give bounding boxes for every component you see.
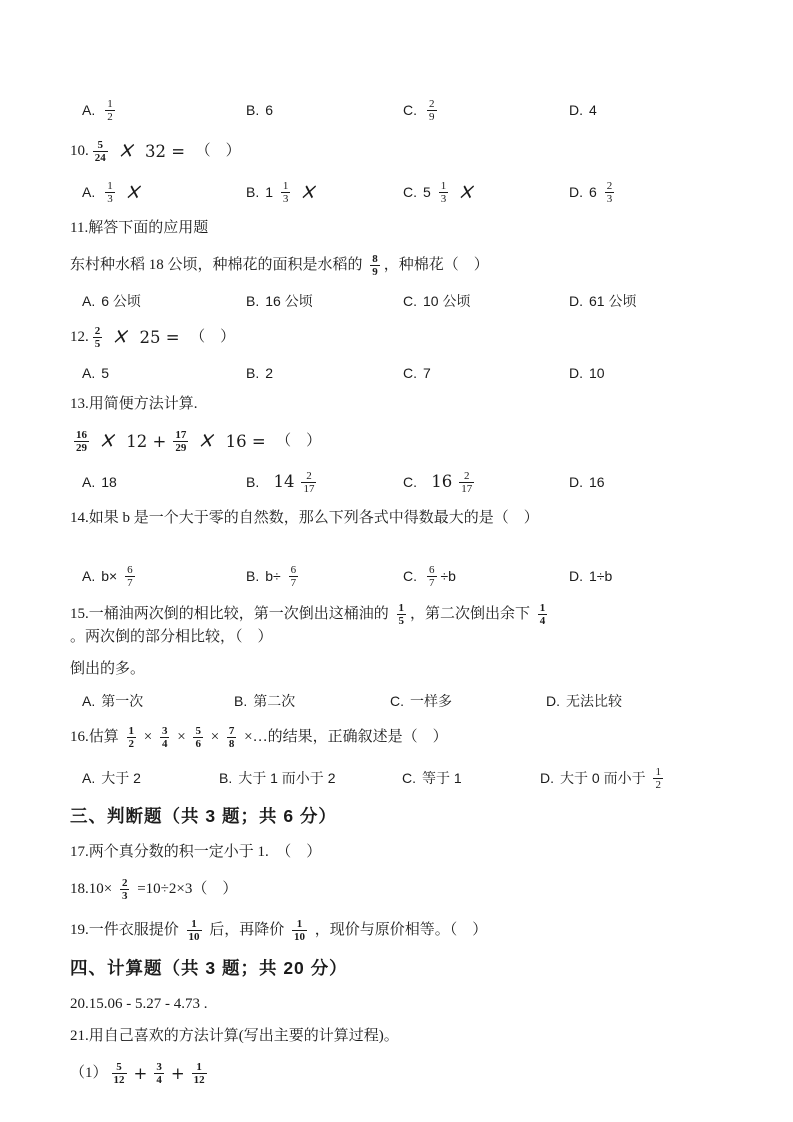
text-run: 2 [265, 363, 273, 383]
fraction: 112 [192, 1061, 207, 1086]
question-line: 19.一件衣服提价 110 后，再降价 110 ，现价与原价相等。（ ） [70, 915, 723, 945]
option-label: A. [82, 363, 95, 383]
question-line: 1629×12 +1729×16 = （ ） [70, 426, 723, 456]
fraction: 67 [125, 564, 135, 589]
option-item: A.6 公顷 [82, 291, 246, 311]
fraction-denominator: 6 [193, 737, 203, 750]
text-run: 14 [268, 472, 294, 492]
fraction: 217 [459, 470, 474, 495]
fraction-numerator: 5 [96, 139, 106, 151]
text-run: 倒出的多。 [70, 659, 145, 680]
text-run: （ ） [269, 431, 322, 452]
text-run: b× [101, 566, 121, 586]
fraction: 29 [427, 98, 437, 123]
fraction: 34 [160, 725, 170, 750]
option-item: A.13× [82, 180, 246, 205]
fraction: 14 [538, 602, 548, 627]
multiply-icon: × [115, 137, 139, 165]
text-run: 等于 1 [422, 768, 462, 788]
option-item: C.一样多 [390, 691, 546, 711]
option-item: C.67÷b [403, 564, 569, 589]
question-line: 12.25×25 = （ ） [70, 322, 723, 352]
fraction-denominator: 29 [173, 441, 188, 454]
text-run: 6 [265, 100, 273, 120]
options-row: A.18B. 14217C. 16217D.16 [70, 467, 723, 497]
option-label: C. [403, 566, 417, 586]
text-run: 16 [426, 472, 452, 492]
text-run: × [140, 727, 156, 748]
section-heading: 三、判断题（共 3 题；共 6 分） [70, 804, 723, 828]
option-label: D. [546, 691, 560, 711]
text-run: 18.10× [70, 879, 116, 900]
text-run: （ ） [183, 327, 236, 348]
fraction-numerator: 6 [427, 564, 437, 576]
option-item: D.1÷b [569, 566, 723, 586]
text-run: + [171, 1063, 185, 1084]
option-item: D.大于 0 而小于 12 [540, 766, 723, 791]
fraction-denominator: 2 [127, 737, 137, 750]
text-run: 4 [589, 100, 597, 120]
text-run: 12. [70, 327, 89, 348]
text-run: 6 公顷 [101, 291, 141, 311]
text-run: =10÷2×3（ ） [133, 879, 237, 900]
question-line: 20.15.06 - 5.27 - 4.73 . [70, 994, 723, 1015]
text-run: 7 [423, 363, 431, 383]
fraction-denominator: 8 [227, 737, 237, 750]
multiply-icon: × [96, 427, 120, 455]
option-item: A.大于 2 [82, 768, 219, 788]
fraction: 1729 [173, 429, 188, 454]
option-item: B.第二次 [234, 691, 390, 711]
options-row: A.12B.6C.29D.4 [70, 95, 723, 125]
fraction-numerator: 5 [114, 1061, 124, 1073]
option-label: A. [82, 291, 95, 311]
text-run: 16 公顷 [265, 291, 312, 311]
fraction-numerator: 2 [304, 470, 314, 482]
text-run: 10 [589, 363, 605, 383]
multiply-icon: × [196, 427, 220, 455]
fraction-denominator: 7 [125, 576, 135, 589]
fraction-denominator: 3 [120, 889, 130, 902]
option-label: D. [569, 472, 583, 492]
text-run: + [134, 1063, 148, 1084]
option-label: B. [234, 691, 247, 711]
option-item: B.2 [246, 363, 403, 383]
text-run: × [207, 727, 223, 748]
option-label: B. [246, 100, 259, 120]
option-label: B. [246, 291, 259, 311]
fraction-denominator: 3 [105, 192, 115, 205]
text-run: 15.一桶油两次倒的相比较，第一次倒出这桶油的 [70, 604, 393, 625]
blank-line [70, 540, 723, 550]
fraction-numerator: 1 [538, 602, 548, 614]
fraction: 110 [292, 918, 307, 943]
option-label: C. [403, 182, 417, 202]
option-item: D.10 [569, 363, 723, 383]
text-run: 5 [423, 182, 435, 202]
fraction-numerator: 1 [397, 602, 407, 614]
multiply-icon: × [456, 179, 479, 206]
option-label: B. [246, 472, 259, 492]
fraction-numerator: 2 [120, 877, 130, 889]
text-run: 后，再降价 [206, 920, 289, 941]
fraction: 110 [187, 918, 202, 943]
text-run: 14.如果 b 是一个大于零的自然数，那么下列各式中得数最大的是（ ） [70, 508, 539, 529]
options-row: A.第一次B.第二次C.一样多D.无法比较 [70, 691, 723, 711]
text-run: （ ） [188, 141, 241, 162]
fraction: 25 [93, 325, 103, 350]
fraction-numerator: 2 [605, 180, 615, 192]
option-label: A. [82, 472, 95, 492]
fraction: 34 [154, 1061, 164, 1086]
option-item: D.4 [569, 100, 723, 120]
text-run: 。两次倒的部分相比较，（ ） [70, 627, 273, 648]
options-row: A.5B.2C.7D.10 [70, 363, 723, 383]
fraction-numerator: 7 [227, 725, 237, 737]
fraction-numerator: 17 [173, 429, 188, 441]
fraction: 78 [227, 725, 237, 750]
text-run: 17.两个真分数的积一定小于 1. （ ） [70, 842, 321, 863]
option-item: D.61 公顷 [569, 291, 723, 311]
text-run: 11.解答下面的应用题 [70, 218, 208, 239]
option-label: A. [82, 566, 95, 586]
option-label: B. [246, 182, 259, 202]
section-heading: 四、计算题（共 3 题；共 20 分） [70, 956, 723, 980]
option-item: B.1 13× [246, 180, 403, 205]
fraction: 12 [127, 725, 137, 750]
multiply-icon: × [109, 323, 133, 351]
fraction-numerator: 1 [105, 98, 115, 110]
text-run: ×…的结果，正确叙述是（ ） [240, 727, 447, 748]
option-label: B. [219, 768, 232, 788]
fraction: 67 [289, 564, 299, 589]
fraction-numerator: 3 [160, 725, 170, 737]
document-page: A.12B.6C.29D.410.524×32 = （ ）A.13×B.1 13… [0, 0, 793, 1122]
fraction-numerator: 2 [427, 98, 437, 110]
text-run: 25 = [140, 327, 180, 348]
fraction: 13 [105, 180, 115, 205]
fraction-numerator: 2 [93, 325, 103, 337]
option-item: A.18 [82, 472, 246, 492]
text-run: 无法比较 [566, 691, 622, 711]
option-label: C. [403, 363, 417, 383]
text-run: × [173, 727, 189, 748]
option-label: A. [82, 100, 95, 120]
fraction: 13 [281, 180, 291, 205]
fraction: 13 [439, 180, 449, 205]
text-run: 1÷b [589, 566, 612, 586]
option-item: A.第一次 [82, 691, 234, 711]
fraction-denominator: 24 [93, 151, 108, 164]
option-item: C.10 公顷 [403, 291, 569, 311]
fraction-denominator: 5 [93, 337, 103, 350]
fraction-numerator: 6 [125, 564, 135, 576]
text-run: 16.估算 [70, 727, 123, 748]
option-label: A. [82, 768, 95, 788]
option-item: C.7 [403, 363, 569, 383]
text-run: 16 = [226, 431, 266, 452]
text-run: 10. [70, 141, 89, 162]
option-label: D. [569, 566, 583, 586]
fraction-numerator: 1 [439, 180, 449, 192]
option-label: A. [82, 691, 95, 711]
fraction-denominator: 3 [605, 192, 615, 205]
fraction-numerator: 16 [74, 429, 89, 441]
text-run: 第二次 [253, 691, 295, 711]
fraction-denominator: 10 [292, 930, 307, 943]
fraction-denominator: 10 [187, 930, 202, 943]
fraction-denominator: 7 [289, 576, 299, 589]
fraction: 217 [301, 470, 316, 495]
fraction-denominator: 4 [160, 737, 170, 750]
text-run: ÷b [441, 566, 456, 586]
fraction-numerator: 1 [127, 725, 137, 737]
option-item: D.无法比较 [546, 691, 723, 711]
text-run: 6 [589, 182, 601, 202]
fraction: 524 [93, 139, 108, 164]
fraction-numerator: 2 [462, 470, 472, 482]
fraction: 67 [427, 564, 437, 589]
fraction-denominator: 17 [301, 482, 316, 495]
option-label: C. [402, 768, 416, 788]
question-line: （1）512+34+112 [70, 1058, 723, 1088]
document-content: A.12B.6C.29D.410.524×32 = （ ）A.13×B.1 13… [0, 0, 793, 1088]
question-line: 10.524×32 = （ ） [70, 136, 723, 166]
option-item: C.29 [403, 98, 569, 123]
fraction-numerator: 1 [105, 180, 115, 192]
multiply-icon: × [298, 179, 321, 206]
text-run: 16 [589, 472, 605, 492]
fraction-numerator: 6 [289, 564, 299, 576]
text-run: 20.15.06 - 5.27 - 4.73 . [70, 994, 208, 1015]
fraction-denominator: 17 [459, 482, 474, 495]
options-row: A.6 公顷B.16 公顷C.10 公顷D.61 公顷 [70, 291, 723, 311]
fraction-numerator: 5 [193, 725, 203, 737]
fraction-denominator: 4 [154, 1073, 164, 1086]
text-run: 大于 1 而小于 2 [238, 768, 335, 788]
option-item: D.6 23 [569, 180, 723, 205]
option-item: A.12 [82, 98, 246, 123]
question-line: 13.用简便方法计算. [70, 394, 723, 415]
question-line: 14.如果 b 是一个大于零的自然数，那么下列各式中得数最大的是（ ） [70, 508, 723, 529]
fraction-denominator: 3 [439, 192, 449, 205]
text-run: 10 公顷 [423, 291, 470, 311]
text-run: 13.用简便方法计算. [70, 394, 198, 415]
text-run: b÷ [265, 566, 284, 586]
text-run: 19.一件衣服提价 [70, 920, 183, 941]
fraction-denominator: 2 [653, 778, 663, 791]
question-line: 17.两个真分数的积一定小于 1. （ ） [70, 842, 723, 863]
options-row: A.13×B.1 13×C.5 13×D.6 23 [70, 177, 723, 207]
fraction-numerator: 1 [189, 918, 199, 930]
text-run: 东村种水稻 18 公顷，种棉花的面积是水稻的 [70, 255, 366, 276]
text-run: ，种棉花（ ） [384, 255, 489, 276]
fraction: 56 [193, 725, 203, 750]
fraction-denominator: 29 [74, 441, 89, 454]
text-run: 12 + [126, 431, 166, 452]
option-item: C.5 13× [403, 180, 569, 205]
option-item: B.b÷ 67 [246, 564, 403, 589]
fraction-denominator: 7 [427, 576, 437, 589]
options-row: A.大于 2B.大于 1 而小于 2C.等于 1D.大于 0 而小于 12 [70, 763, 723, 793]
question-line: 11.解答下面的应用题 [70, 218, 723, 239]
fraction-numerator: 8 [370, 253, 380, 265]
option-label: B. [246, 363, 259, 383]
text-run: 32 = [145, 141, 185, 162]
text-run: 一样多 [410, 691, 452, 711]
fraction: 12 [653, 766, 663, 791]
option-label: C. [403, 291, 417, 311]
question-line: 21.用自己喜欢的方法计算(写出主要的计算过程)。 [70, 1026, 723, 1047]
text-run: 21.用自己喜欢的方法计算(写出主要的计算过程)。 [70, 1026, 399, 1047]
option-label: C. [390, 691, 404, 711]
question-line: 东村种水稻 18 公顷，种棉花的面积是水稻的 89，种棉花（ ） [70, 250, 723, 280]
fraction-denominator: 9 [370, 265, 380, 278]
fraction: 15 [397, 602, 407, 627]
fraction-denominator: 9 [427, 110, 437, 123]
fraction-denominator: 5 [397, 614, 407, 627]
fraction: 23 [605, 180, 615, 205]
option-item: B. 14217 [246, 470, 403, 495]
option-label: D. [569, 291, 583, 311]
options-row: A.b× 67B.b÷ 67C.67÷bD.1÷b [70, 561, 723, 591]
fraction-numerator: 1 [653, 766, 663, 778]
option-item: D.16 [569, 472, 723, 492]
option-label: D. [569, 363, 583, 383]
text-run: （1） [70, 1063, 108, 1084]
option-item: B.6 [246, 100, 403, 120]
fraction-denominator: 2 [105, 110, 115, 123]
fraction: 1629 [74, 429, 89, 454]
text-run: 18 [101, 472, 117, 492]
option-label: C. [403, 472, 417, 492]
fraction-denominator: 12 [112, 1073, 127, 1086]
option-item: C.等于 1 [402, 768, 540, 788]
text-run: ，现价与原价相等。（ ） [311, 920, 487, 941]
fraction-denominator: 4 [538, 614, 548, 627]
text-run: 1 [265, 182, 277, 202]
option-label: D. [569, 100, 583, 120]
fraction-numerator: 1 [295, 918, 305, 930]
text-run: 大于 2 [101, 768, 141, 788]
fraction: 89 [370, 253, 380, 278]
option-label: D. [569, 182, 583, 202]
question-line: 16.估算 12 × 34 × 56 × 78 ×…的结果，正确叙述是（ ） [70, 722, 723, 752]
option-item: B.16 公顷 [246, 291, 403, 311]
option-label: A. [82, 182, 95, 202]
option-item: B.大于 1 而小于 2 [219, 768, 402, 788]
question-line: 15.一桶油两次倒的相比较，第一次倒出这桶油的 15，第二次倒出余下 14。两次… [70, 602, 723, 648]
fraction: 12 [105, 98, 115, 123]
fraction-denominator: 3 [281, 192, 291, 205]
fraction-numerator: 1 [281, 180, 291, 192]
fraction-numerator: 3 [154, 1061, 164, 1073]
text-run: 大于 0 而小于 [560, 768, 649, 788]
option-label: C. [403, 100, 417, 120]
option-label: B. [246, 566, 259, 586]
option-item: C. 16217 [403, 470, 569, 495]
fraction-numerator: 1 [194, 1061, 204, 1073]
question-line: 18.10× 23 =10÷2×3（ ） [70, 874, 723, 904]
text-run: ，第二次倒出余下 [410, 604, 534, 625]
question-line: 倒出的多。 [70, 659, 723, 680]
multiply-icon: × [122, 179, 145, 206]
option-item: A.5 [82, 363, 246, 383]
text-run: 61 公顷 [589, 291, 636, 311]
option-label: D. [540, 768, 554, 788]
option-item: A.b× 67 [82, 564, 246, 589]
fraction: 512 [112, 1061, 127, 1086]
fraction-denominator: 12 [192, 1073, 207, 1086]
text-run: 第一次 [101, 691, 143, 711]
fraction: 23 [120, 877, 130, 902]
text-run: 5 [101, 363, 109, 383]
